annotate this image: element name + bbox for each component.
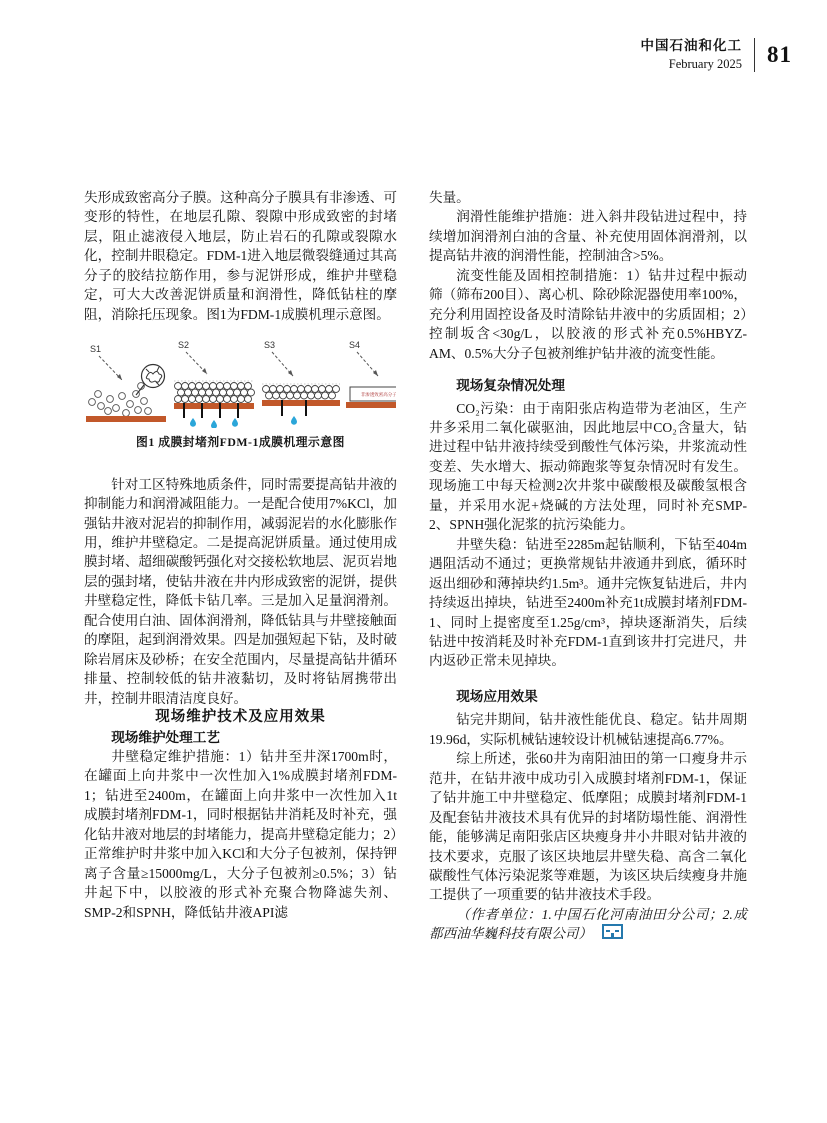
- subheading-maintenance-process: 现场维护处理工艺: [84, 728, 397, 747]
- right-column: 失量。 润滑性能维护措施：进入斜井段钻进过程中，持续增加润滑剂白油的含量、补充使…: [429, 188, 747, 944]
- paragraph-wellbore-instability: 井壁失稳：钻进至2285m起钻顺利，下钻至404m遇阻活动不通过；更换常规钻井液…: [429, 535, 747, 671]
- s3-particle-pack: [262, 386, 339, 400]
- film-forming-mechanism-diagram: S1 S2: [86, 336, 396, 428]
- header-divider: [754, 38, 755, 72]
- section-heading-field-maintenance: 现场维护技术及应用效果: [84, 708, 397, 727]
- issue-date: February 2025: [641, 57, 743, 73]
- s3-formation-bar: [262, 400, 340, 406]
- paragraph-film-mechanism: 失形成致密高分子膜。这种高分子膜具有非渗透、可变形的特性，在地层孔隙、裂隙中形成…: [84, 188, 397, 324]
- author-affiliation: （作者单位：1.中国石化河南油田分公司；2.成都西油华巍科技有限公司）: [429, 905, 747, 944]
- paragraph-measures: 针对工区特殊地质条件，同时需要提高钻井液的抑制能力和润滑减阻能力。一是配合使用7…: [84, 475, 397, 708]
- stage-s4-label: S4: [349, 340, 360, 350]
- paragraph-application-result: 钻完井期间，钻井液性能优良、稳定。钻井周期19.96d，实际机械钻速较设计机械钻…: [429, 710, 747, 749]
- stage-s2-label: S2: [178, 340, 189, 350]
- figure-caption: 图1 成膜封堵剂FDM-1成膜机理示意图: [84, 433, 397, 452]
- paragraph-summary: 综上所述，张60井为南阳油田的第一口瘦身井示范井，在钻井液中成功引入成膜封堵剂F…: [429, 749, 747, 905]
- s3-filtrate-droplet: [291, 416, 297, 425]
- paragraph-rheology: 流变性能及固相控制措施：1）钻井过程中振动筛（筛布200目）、离心机、除砂除泥器…: [429, 266, 747, 363]
- journal-page: 中国石油和化工 February 2025 81 失形成致密高分子膜。这种高分子…: [0, 0, 827, 1123]
- page-header: 中国石油和化工 February 2025 81: [641, 38, 793, 73]
- paragraph-co2-contamination: CO₂污染：由于南阳张店构造带为老油区，生产井多采用二氧化碳驱油，因此地层中CO…: [429, 399, 747, 535]
- s1-magnifier-circle: [141, 365, 164, 388]
- s2-filtrate-droplets: [190, 418, 238, 428]
- stage-s3-label: S3: [264, 340, 275, 350]
- left-column: 失形成致密高分子膜。这种高分子膜具有非渗透、可变形的特性，在地层孔隙、裂隙中形成…: [84, 188, 397, 922]
- header-text-block: 中国石油和化工 February 2025: [641, 38, 743, 73]
- subheading-application-effect: 现场应用效果: [429, 687, 747, 706]
- page-number: 81: [767, 42, 792, 68]
- paragraph-continuation: 失量。: [429, 188, 747, 207]
- s2-particle-pack: [174, 383, 254, 403]
- author-affiliation-text: （作者单位：1.中国石化河南油田分公司；2.成都西油华巍科技有限公司）: [429, 907, 747, 941]
- end-of-article-icon: [602, 924, 623, 939]
- s1-formation-bar: [86, 416, 166, 422]
- stage-s1-label: S1: [90, 344, 101, 354]
- s4-film-box-label: 非渗透致密高分子膜: [360, 391, 395, 398]
- s2-formation-bar: [174, 403, 254, 409]
- figure-1: S1 S2: [84, 336, 397, 452]
- paragraph-wellbore-stability: 井壁稳定维护措施：1）钻井至井深1700m时，在罐面上向井浆中一次性加入1%成膜…: [84, 747, 397, 922]
- paragraph-lubricity: 润滑性能维护措施：进入斜井段钻进过程中，持续增加润滑剂白油的含量、补充使用固体润…: [429, 207, 747, 265]
- subheading-complex-situations: 现场复杂情况处理: [429, 376, 747, 395]
- s2-arrowhead: [202, 368, 207, 374]
- journal-title: 中国石油和化工: [641, 38, 743, 55]
- s4-formation-bar: [346, 402, 396, 408]
